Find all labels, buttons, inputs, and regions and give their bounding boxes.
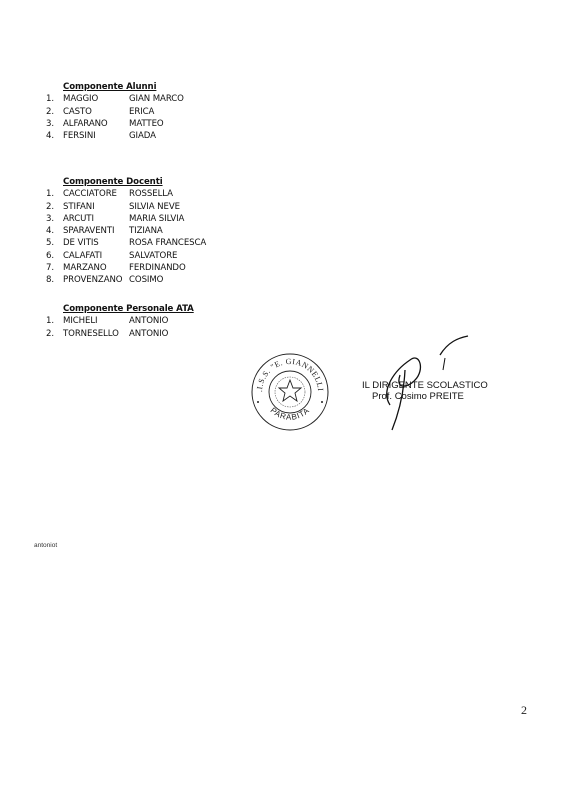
member-row: 2.CASTOERICA [46,106,184,118]
member-number: 4. [46,225,63,237]
member-firstname: ROSSELLA [129,188,173,200]
member-surname: MICHELI [63,315,129,327]
footer-username: antoniot [34,542,57,549]
member-firstname: SALVATORE [129,250,177,262]
member-surname: ARCUTI [63,213,129,225]
member-firstname: SILVIA NEVE [129,201,180,213]
member-number: 5. [46,237,63,249]
member-row: 4.SPARAVENTITIZIANA [46,225,206,237]
signature-block: IL DIRIGENTE SCOLASTICO Prof. Cosimo PRE… [362,380,488,402]
member-surname: STIFANI [63,201,129,213]
member-firstname: ANTONIO [129,315,168,327]
member-surname: SPARAVENTI [63,225,129,237]
member-firstname: MARIA SILVIA [129,213,184,225]
member-row: 2.TORNESELLOANTONIO [46,328,194,340]
member-number: 2. [46,201,63,213]
member-row: 6.CALAFATISALVATORE [46,250,206,262]
member-number: 6. [46,250,63,262]
member-surname: MARZANO [63,262,129,274]
member-firstname: ANTONIO [129,328,168,340]
member-firstname: TIZIANA [129,225,163,237]
member-surname: CALAFATI [63,250,129,262]
section-title: Componente Docenti [63,176,206,188]
member-row: 4.FERSINIGIADA [46,130,184,142]
member-firstname: MATTEO [129,118,164,130]
member-list: 1.MICHELIANTONIO2.TORNESELLOANTONIO [46,315,194,340]
section-ata: Componente Personale ATA 1.MICHELIANTONI… [46,303,194,340]
member-number: 2. [46,106,63,118]
section-alunni: Componente Alunni 1.MAGGIOGIAN MARCO2.CA… [46,81,184,142]
member-number: 1. [46,93,63,105]
member-row: 1.MICHELIANTONIO [46,315,194,327]
member-surname: ALFARANO [63,118,129,130]
member-firstname: ERICA [129,106,154,118]
section-title: Componente Alunni [63,81,184,93]
member-row: 5.DE VITISROSA FRANCESCA [46,237,206,249]
member-surname: MAGGIO [63,93,129,105]
member-row: 7.MARZANOFERDINANDO [46,262,206,274]
member-row: 3.ARCUTIMARIA SILVIA [46,213,206,225]
section-docenti: Componente Docenti 1.CACCIATOREROSSELLA2… [46,176,206,287]
member-firstname: ROSA FRANCESCA [129,237,206,249]
member-list: 1.MAGGIOGIAN MARCO2.CASTOERICA3.ALFARANO… [46,93,184,142]
signatory-role: IL DIRIGENTE SCOLASTICO [362,380,488,391]
member-firstname: FERDINANDO [129,262,186,274]
page-number: 2 [521,703,527,718]
member-number: 3. [46,213,63,225]
member-number: 4. [46,130,63,142]
member-surname: FERSINI [63,130,129,142]
member-number: 7. [46,262,63,274]
member-row: 1.MAGGIOGIAN MARCO [46,93,184,105]
svg-text:PARABITA: PARABITA [269,406,312,422]
member-surname: TORNESELLO [63,328,129,340]
member-surname: CACCIATORE [63,188,129,200]
member-row: 8.PROVENZANOCOSIMO [46,274,206,286]
member-firstname: GIAN MARCO [129,93,184,105]
member-number: 3. [46,118,63,130]
member-number: 2. [46,328,63,340]
member-row: 3.ALFARANOMATTEO [46,118,184,130]
school-stamp-icon: I.I.S.S. "E. GIANNELLI" PARABITA [250,352,330,432]
member-row: 1.CACCIATOREROSSELLA [46,188,206,200]
section-title: Componente Personale ATA [63,303,194,315]
member-number: 1. [46,188,63,200]
member-surname: PROVENZANO [63,274,129,286]
member-number: 1. [46,315,63,327]
signatory-name: Prof. Cosimo PREITE [372,391,488,402]
member-firstname: GIADA [129,130,156,142]
member-firstname: COSIMO [129,274,163,286]
member-list: 1.CACCIATOREROSSELLA2.STIFANISILVIA NEVE… [46,188,206,286]
member-row: 2.STIFANISILVIA NEVE [46,201,206,213]
member-number: 8. [46,274,63,286]
member-surname: DE VITIS [63,237,129,249]
member-surname: CASTO [63,106,129,118]
stamp-bottom-text: PARABITA [269,406,312,422]
